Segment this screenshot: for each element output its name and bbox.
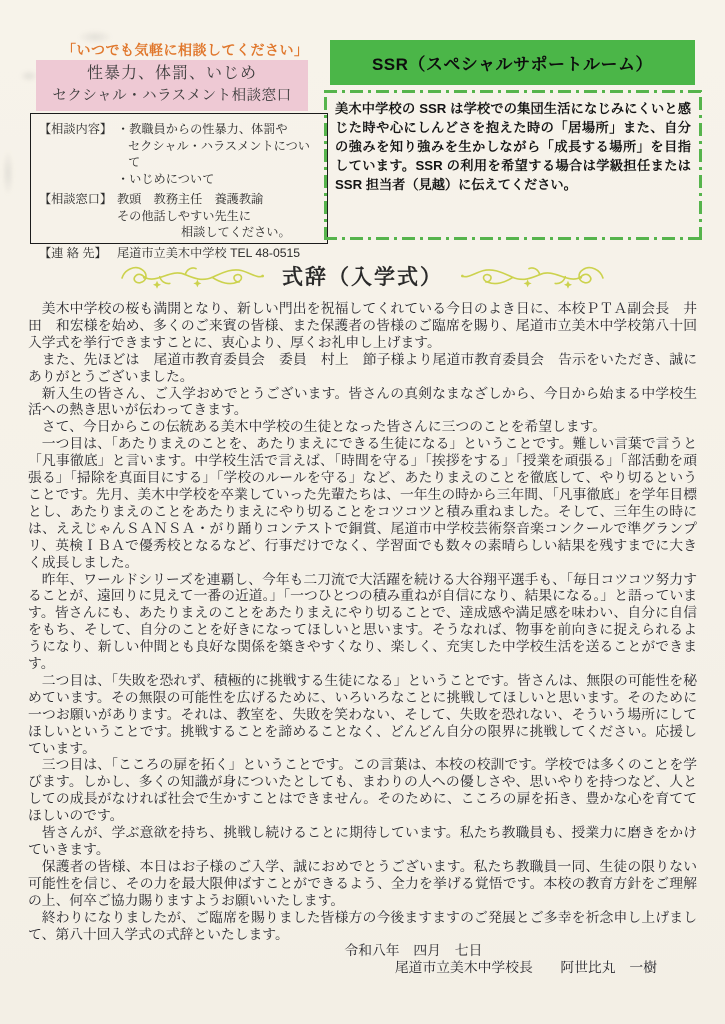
speech-paragraph: 保護者の皆様、本日はお子様のご入学、誠におめでとうございます。私たち教職員一同、…	[28, 859, 697, 910]
flourish-ornament-icon	[459, 255, 607, 297]
contact-window-line: 教頭 教務主任 養護教諭	[117, 191, 320, 208]
speech-paragraph: 二つ目は、「失敗を恐れず、積極的に挑戦する生徒になる」ということです。皆さんは、…	[28, 673, 697, 758]
speech-paragraph: 昨年、ワールドシリーズを連覇し、今年も二刀流で大活躍を続ける大谷翔平選手も、「毎…	[28, 572, 697, 673]
consultation-banner-line2: セクシャル・ハラスメント相談窓口	[36, 86, 308, 107]
contact-row-value: 教頭 教務主任 養護教諭 その他話しやすい先生に 相談してください。	[117, 191, 320, 241]
speech-paragraph: 美木中学校の桜も満開となり、新しい門出を祝福してくれている今日のよき日に、本校Ｐ…	[28, 301, 697, 352]
document-page: 「いつでも気軽に相談してください」 性暴力、体罰、いじめ セクシャル・ハラスメン…	[0, 0, 725, 1024]
speech-paragraph: 終わりになりましたが、ご臨席を賜りました皆様方の今後ますますのご発展とご多幸を祈…	[28, 910, 697, 944]
contact-row-label: 【相談窓口】	[39, 191, 117, 241]
speech-paragraph: 三つ目は、「こころの扉を拓く」ということです。この言葉は、本校の校訓です。学校で…	[28, 757, 697, 825]
speech-paragraph: さて、今日からこの伝統ある美木中学校の生徒となった皆さんに三つのことを希望します…	[28, 419, 697, 436]
signature-line: 尾道市立美木中学校長 阿世比丸 一樹	[28, 960, 697, 977]
contact-row-content: 【相談内容】 ・教職員からの性暴力、体罰や セクシャル・ハラスメントについて ・…	[39, 121, 320, 187]
consultation-tagline: 「いつでも気軽に相談してください」	[62, 40, 309, 60]
speech-paragraph: また、先ほどは 尾道市教育委員会 委員 村上 節子様より尾道市教育委員会 告示を…	[28, 352, 697, 386]
contact-window-line: 相談してください。	[117, 224, 320, 241]
date-line: 令和八年 四月 七日	[28, 943, 697, 960]
contact-window-line: その他話しやすい先生に	[117, 208, 320, 225]
contact-row-window: 【相談窓口】 教頭 教務主任 養護教諭 その他話しやすい先生に 相談してください…	[39, 191, 320, 241]
ssr-title-banner: SSR（スペシャルサポートルーム）	[330, 40, 695, 85]
scan-smudge	[2, 150, 14, 196]
speech-paragraph: 新入生の皆さん、ご入学おめでとうございます。皆さんの真剣なまなざしから、今日から…	[28, 386, 697, 420]
speech-title: 式辞（入学式）	[282, 261, 443, 291]
consultation-banner-line1: 性暴力、体罰、いじめ	[36, 62, 308, 86]
contact-content-line: セクシャル・ハラスメントについて	[117, 138, 320, 171]
contact-content-line: ・教職員からの性暴力、体罰や	[117, 121, 320, 138]
flourish-ornament-icon	[118, 255, 266, 297]
speech-title-row: 式辞（入学式）	[0, 254, 725, 298]
ssr-description-box: 美木中学校の SSR は学校での集団生活になじみにくいと感じた時や心にしんどさを…	[324, 90, 702, 240]
contact-row-label: 【相談内容】	[39, 121, 117, 187]
consultation-banner: 性暴力、体罰、いじめ セクシャル・ハラスメント相談窓口	[36, 60, 308, 111]
speech-paragraph: 一つ目は、「あたりまえのことを、あたりまえにできる生徒になる」ということです。難…	[28, 436, 697, 571]
consultation-contact-box: 【相談内容】 ・教職員からの性暴力、体罰や セクシャル・ハラスメントについて ・…	[30, 113, 328, 244]
speech-paragraph: 皆さんが、学ぶ意欲を持ち、挑戦し続けることに期待しています。私たち教職員も、授業…	[28, 825, 697, 859]
contact-row-value: ・教職員からの性暴力、体罰や セクシャル・ハラスメントについて ・いじめについて	[117, 121, 320, 187]
contact-content-line: ・いじめについて	[117, 171, 320, 188]
speech-body: 美木中学校の桜も満開となり、新しい門出を祝福してくれている今日のよき日に、本校Ｐ…	[28, 301, 697, 977]
